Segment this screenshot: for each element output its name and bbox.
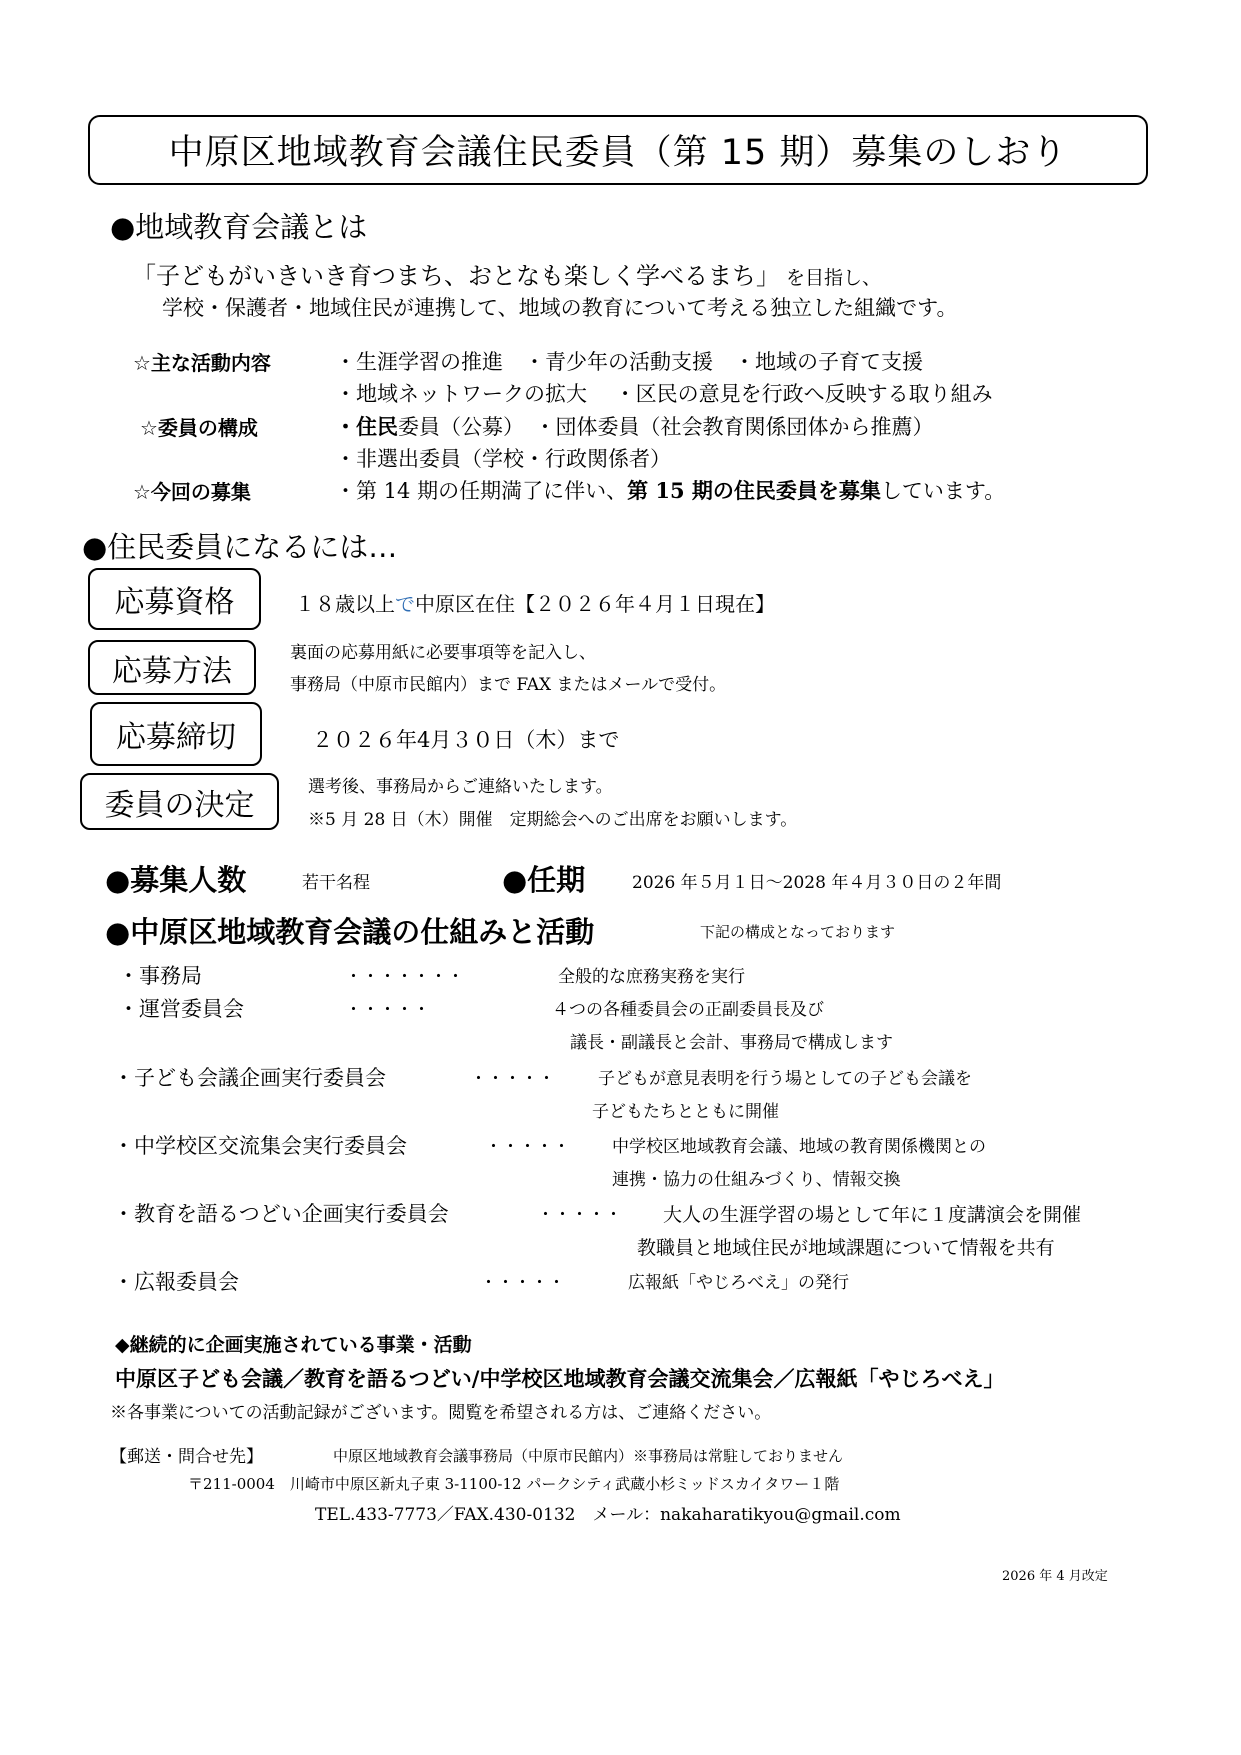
composition-rest: 委員（公募） ・団体委員（社会教育関係団体から推薦） [398,415,934,439]
contact-phone-fax-email[interactable]: TEL.433-7773／FAX.430-0132 メール：nakaharati… [315,1500,901,1525]
term-heading: ●任期 [502,858,585,899]
about-description: 学校・保護者・地域住民が連携して、地域の教育について考える独立した組織です。 [162,292,957,322]
structure-row-dots: ・・・・・・・ [345,962,464,987]
qualification-text: １８歳以上で中原区在住【２０２６年４月１日現在】 [295,588,775,617]
recruitment-text: ・第 14 期の任期満了に伴い、第 15 期の住民委員を募集しています。 [335,475,1005,505]
structure-row-dots: ・・・・・ [345,995,430,1020]
slogan-suffix: を目指し、 [786,267,881,289]
slogan-line: 「子どもがいきいき育つまち、おとなも楽しく学べるまち」を目指し、 [132,256,881,291]
structure-row-desc-2: 議長・副議長と会計、事務局で構成します [570,1028,893,1053]
structure-row-dots: ・・・・・ [470,1064,555,1089]
how-to-heading: ●住民委員になるには… [82,525,397,566]
qualification-residence: 中原区在住【２０２６年４月１日現在】 [415,592,775,616]
deadline-label: 応募締切 [90,702,262,766]
qualification-particle: で [395,592,415,616]
method-label: 応募方法 [88,640,256,695]
ongoing-list: 中原区子ども会議／教育を語るつどい/中学校区地域教育会議交流集会／広報紙「やじろ… [115,1363,1004,1393]
contact-office: 中原区地域教育会議事務局（中原市民館内）※事務局は常駐しておりません [333,1445,843,1466]
composition-resident: ・住民 [335,414,398,439]
activities-label: ☆主な活動内容 [133,347,271,376]
decision-label: 委員の決定 [80,773,279,830]
revision-date: 2026 年 4 月改定 [1002,1565,1108,1584]
structure-row-dots: ・・・・・ [485,1132,570,1157]
structure-row-desc-2: 教職員と地域住民が地域課題について情報を共有 [637,1233,1055,1260]
structure-heading: ●中原区地域教育会議の仕組みと活動 [105,910,594,951]
ongoing-heading: ◆継続的に企画実施されている事業・活動 [115,1330,472,1357]
activities-line-1: ・生涯学習の推進 ・青少年の活動支援 ・地域の子育て支援 [335,346,923,376]
method-line-2: 事務局（中原市民館内）まで FAX またはメールで受付。 [290,670,726,695]
structure-row-desc: 大人の生涯学習の場として年に１度講演会を開催 [663,1200,1081,1227]
structure-row-desc: 広報紙「やじろべえ」の発行 [628,1268,849,1293]
recruitment-pre: ・第 14 期の任期満了に伴い、 [335,479,627,503]
qualification-label: 応募資格 [88,568,261,630]
structure-row-desc: 全般的な庶務実務を実行 [558,962,745,987]
contact-label: 【郵送・問合せ先】 [110,1442,263,1467]
composition-line-1: ・住民委員（公募） ・団体委員（社会教育関係団体から推薦） [335,411,934,441]
ongoing-note: ※各事業についての活動記録がございます。閲覧を希望される方は、ご連絡ください。 [110,1398,771,1423]
structure-row-name: ・子ども会議企画実行委員会 [113,1062,386,1092]
page-title: 中原区地域教育会議住民委員（第 15 期）募集のしおり [169,125,1068,175]
composition-line-2: ・非選出委員（学校・行政関係者） [335,443,671,473]
structure-row-name: ・事務局 [118,960,202,990]
about-heading: ●地域教育会議とは [110,205,367,246]
term-value: 2026 年５月１日～2028 年４月３０日の２年間 [632,868,1001,893]
recruitment-bold: 第 15 期の住民委員を募集 [627,478,881,503]
structure-row-desc: ４つの各種委員会の正副委員長及び [552,995,824,1020]
activities-line-2: ・地域ネットワークの拡大 ・区民の意見を行政へ反映する取り組み [335,378,993,408]
decision-line-1: 選考後、事務局からご連絡いたします。 [308,772,613,797]
structure-row-desc-2: 子どもたちとともに開催 [592,1097,779,1122]
structure-row-name: ・運営委員会 [118,993,244,1023]
recruitment-label: ☆今回の募集 [133,476,251,505]
structure-row-desc-2: 連携・協力の仕組みづくり、情報交換 [612,1165,901,1190]
slogan: 「子どもがいきいき育つまち、おとなも楽しく学べるまち」 [132,262,780,290]
title-box: 中原区地域教育会議住民委員（第 15 期）募集のしおり [88,115,1148,185]
composition-label: ☆委員の構成 [140,412,258,441]
structure-row-dots: ・・・・・ [537,1200,622,1225]
structure-row-name: ・広報委員会 [113,1266,239,1296]
structure-note: 下記の構成となっております [700,921,895,942]
qualification-age: １８歳以上 [295,592,395,616]
decision-line-2: ※5 月 28 日（木）開催 定期総会へのご出席をお願いします。 [308,805,797,830]
count-value: 若干名程 [302,868,370,893]
method-line-1: 裏面の応募用紙に必要事項等を記入し、 [290,638,596,663]
contact-address: 〒211-0004 川崎市中原区新丸子東 3-1100-12 パークシティ武蔵小… [188,1473,839,1494]
structure-row-desc: 中学校区地域教育会議、地域の教育関係機関との [612,1132,986,1157]
structure-row-name: ・教育を語るつどい企画実行委員会 [113,1198,449,1228]
structure-row-desc: 子どもが意見表明を行う場としての子ども会議を [598,1064,972,1089]
structure-row-dots: ・・・・・ [480,1268,565,1293]
recruitment-post: しています。 [881,479,1005,503]
structure-row-name: ・中学校区交流集会実行委員会 [113,1130,407,1160]
deadline-text: ２０２６年4月３０日（木）まで [312,724,619,754]
count-heading: ●募集人数 [105,858,246,899]
